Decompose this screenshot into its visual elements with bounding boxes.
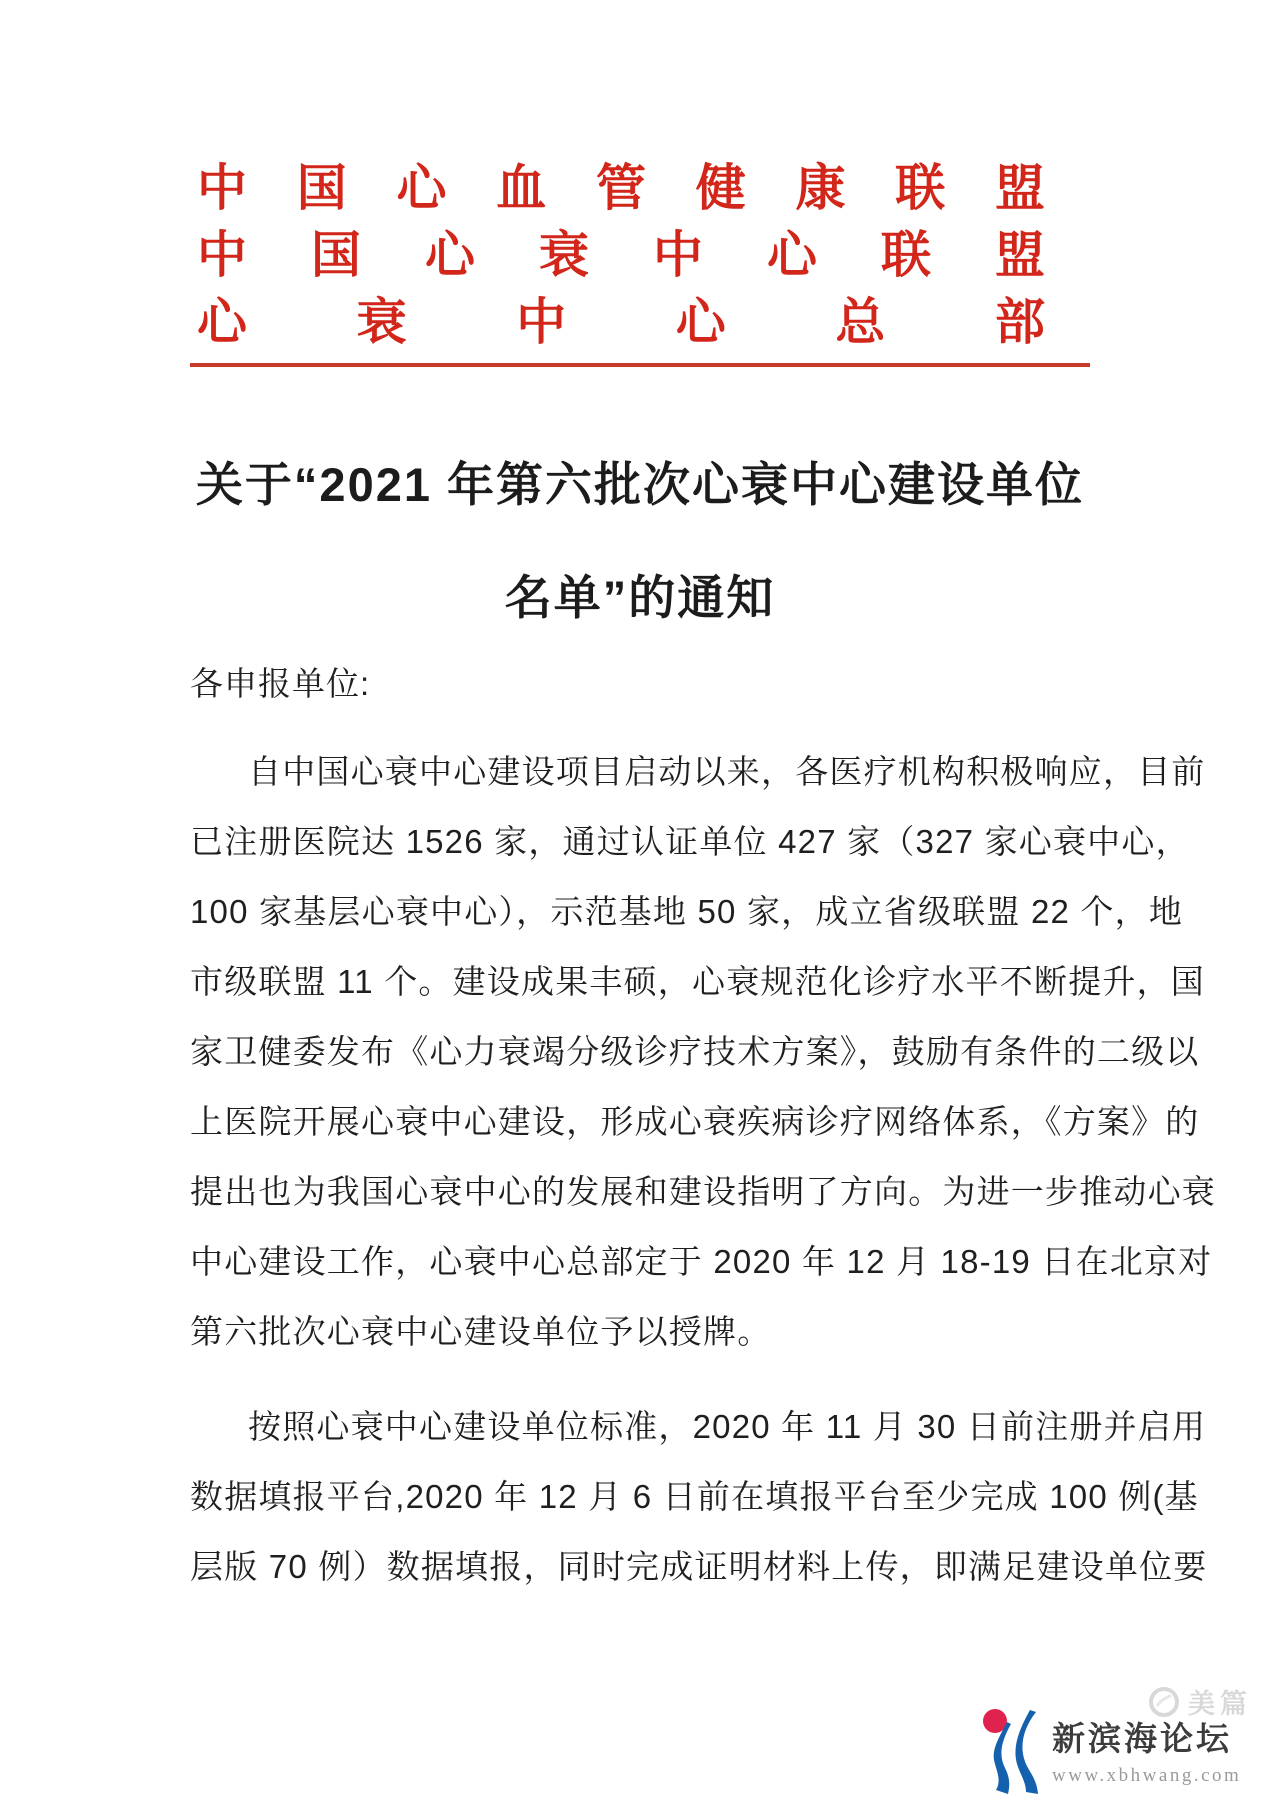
forum-logo-icon — [980, 1708, 1050, 1794]
forum-watermark: 新滨海论坛 www.xbhwang.com — [1052, 1716, 1280, 1788]
paragraph-1-line-8: 中心建设工作，心衰中心总部定于 2020 年 12 月 18-19 日在北京对 — [190, 1227, 1106, 1297]
document-title: 关于“2021 年第六批次心衰中心建设单位 名单”的通知 — [90, 428, 1190, 654]
paragraph-1-line-1: 自中国心衰中心建设项目启动以来，各医疗机构积极响应，目前 — [190, 737, 1106, 807]
paragraph-1-line-5: 家卫健委发布《心力衰竭分级诊疗技术方案》，鼓励有条件的二级以 — [190, 1017, 1106, 1087]
paragraph-1-line-7: 提出也为我国心衰中心的发展和建设指明了方向。为进一步推动心衰 — [190, 1157, 1106, 1227]
forum-name: 新滨海论坛 — [1052, 1716, 1280, 1762]
paragraph-1-line-3: 100 家基层心衰中心），示范基地 50 家，成立省级联盟 22 个，地 — [190, 877, 1106, 947]
letterhead-line-3: 心衰中心总部 — [197, 284, 1045, 351]
paragraph-2-line-3: 层版 70 例）数据填报，同时完成证明材料上传，即满足建设单位要 — [190, 1532, 1106, 1602]
paragraph-2: 按照心衰中心建设单位标准，2020 年 11 月 30 日前注册并启用数据填报平… — [190, 1392, 1106, 1602]
paragraph-1-line-4: 市级联盟 11 个。建设成果丰硕，心衰规范化诊疗水平不断提升，国 — [190, 947, 1106, 1017]
letterhead-line-1: 中国心血管健康联盟 — [197, 150, 1045, 217]
letterhead: 中国心血管健康联盟中国心衰中心联盟心衰中心总部 — [197, 150, 1045, 351]
document-page: 中国心血管健康联盟中国心衰中心联盟心衰中心总部 关于“2021 年第六批次心衰中… — [0, 0, 1280, 1810]
paragraph-1: 自中国心衰中心建设项目启动以来，各医疗机构积极响应，目前已注册医院达 1526 … — [190, 737, 1106, 1367]
letterhead-line-2: 中国心衰中心联盟 — [197, 217, 1045, 284]
paragraph-2-line-2: 数据填报平台,2020 年 12 月 6 日前在填报平台至少完成 100 例(基 — [190, 1462, 1106, 1532]
document-title-line-1: 关于“2021 年第六批次心衰中心建设单位 — [90, 428, 1190, 541]
letterhead-rule — [190, 363, 1090, 367]
forum-url: www.xbhwang.com — [1052, 1764, 1280, 1788]
paragraph-1-line-6: 上医院开展心衰中心建设，形成心衰疾病诊疗网络体系，《方案》的 — [190, 1087, 1106, 1157]
salutation: 各申报单位: — [190, 652, 370, 716]
paragraph-1-line-9: 第六批次心衰中心建设单位予以授牌。 — [190, 1297, 1106, 1367]
meipian-icon — [1148, 1686, 1180, 1718]
document-title-line-2: 名单”的通知 — [90, 541, 1190, 654]
paragraph-2-line-1: 按照心衰中心建设单位标准，2020 年 11 月 30 日前注册并启用 — [190, 1392, 1106, 1462]
paragraph-1-line-2: 已注册医院达 1526 家，通过认证单位 427 家（327 家心衰中心， — [190, 807, 1106, 877]
forum-logo — [980, 1708, 1050, 1794]
